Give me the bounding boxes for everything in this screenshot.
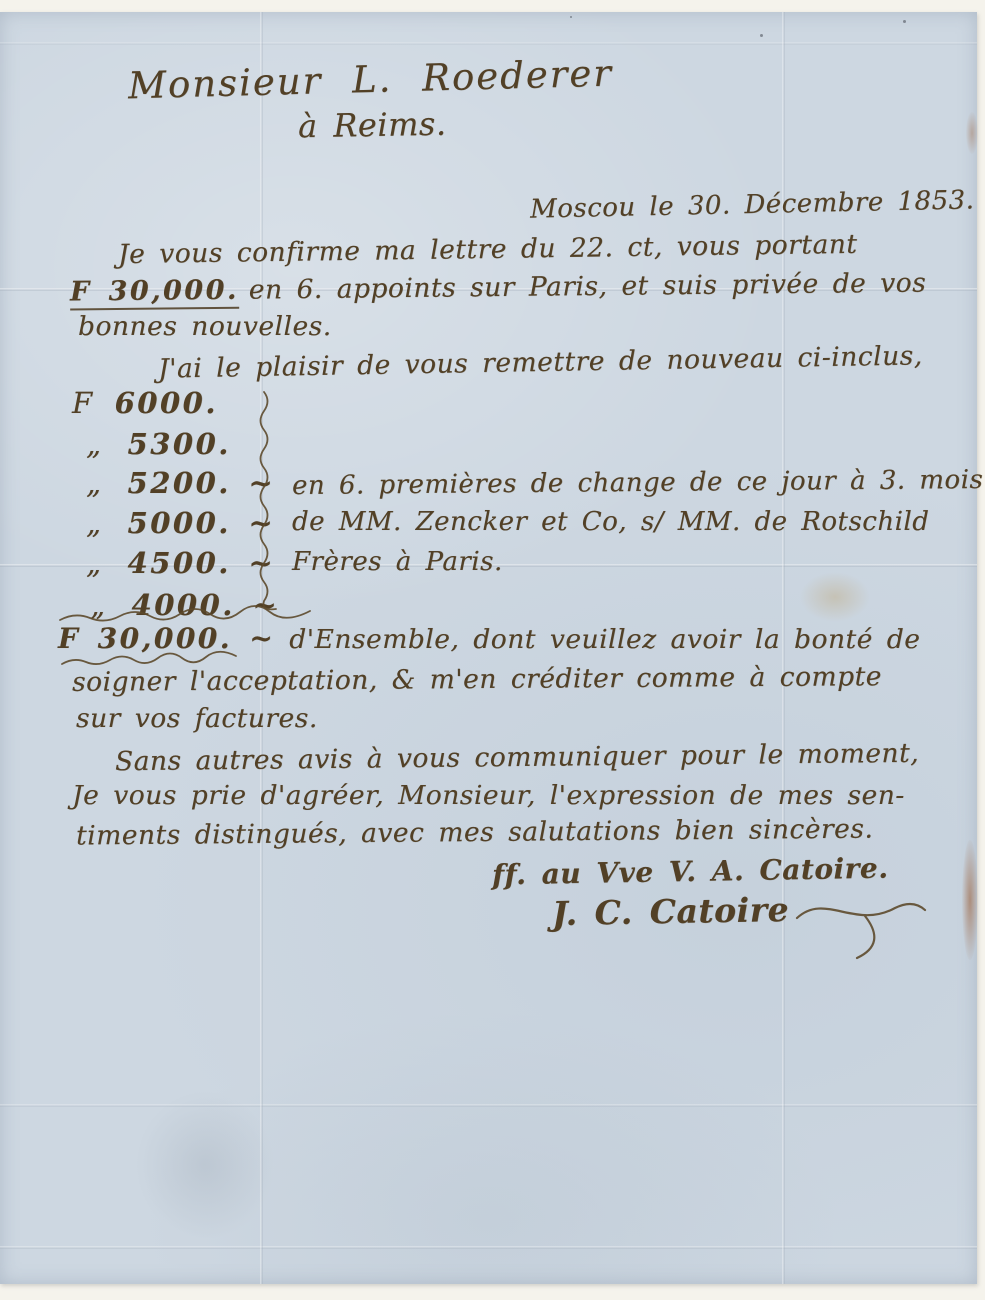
rust-stain-right-edge (962, 840, 978, 960)
amount-value: 5300. (128, 427, 231, 461)
paper-speck (570, 16, 572, 18)
paper-speck (903, 20, 906, 23)
amount-prefix: „ (86, 506, 102, 540)
recipient-name: Monsieur L. Roederer (128, 52, 614, 108)
dateline: Moscou le 30. Décembre 1853. (530, 185, 975, 224)
confirmed-amount: F 30,000. (70, 275, 239, 311)
fold-crease-horizontal (0, 1246, 977, 1249)
amount-prefix: „ (86, 427, 102, 461)
bills-description-line3: Frères à Paris. (292, 547, 503, 577)
rust-stain-right-edge (966, 112, 978, 154)
paragraph1-line2-rest: en 6. appoints sur Paris, et suis privée… (249, 268, 927, 306)
amount-list-brace (246, 390, 280, 622)
fold-crease-horizontal (0, 1104, 977, 1107)
closing-line3: timents distingués, avec mes salutations… (76, 814, 874, 852)
amount-row: F6000. (72, 386, 218, 420)
total-line: F 30,000. ~d'Ensemble, dont veuillez avo… (58, 622, 920, 655)
signature-name: J. C. Catoire (552, 890, 790, 933)
acceptance-line1: soigner l'acceptation, & m'en créditer c… (72, 661, 882, 698)
closing-line1: Sans autres avis à vous communiquer pour… (115, 738, 919, 777)
amount-value: 6000. (115, 386, 218, 420)
paragraph2-line1: J'ai le plaisir de vous remettre de nouv… (158, 340, 923, 384)
total-amount: F 30,000. ~ (58, 622, 275, 655)
bills-description-line2: de MM. Zencker et Co, s/ MM. de Rotschil… (292, 507, 929, 537)
amount-prefix: „ (86, 466, 102, 500)
foxing-stain (800, 572, 870, 622)
amount-prefix: „ (86, 546, 102, 580)
signature-flourish (795, 890, 935, 960)
amount-row: „5300. (86, 427, 231, 461)
paragraph1-line2: F 30,000.en 6. appoints sur Paris, et su… (70, 268, 927, 311)
amount-prefix: F (72, 386, 93, 420)
scanned-letter: Monsieur L. Roederer à Reims. Moscou le … (0, 0, 985, 1300)
bills-description-line1: en 6. premières de change de ce jour à 3… (292, 465, 984, 501)
recipient-place: à Reims. (298, 105, 447, 146)
smudge-stain (135, 1090, 275, 1240)
paragraph1-line1: Je vous confirme ma lettre du 22. ct, vo… (118, 229, 858, 270)
fold-crease-horizontal (0, 42, 977, 45)
closing-line2: Je vous prie d'agréer, Monsieur, l'expre… (72, 780, 905, 811)
paragraph1-line3: bonnes nouvelles. (78, 311, 332, 342)
letter-paper: Monsieur L. Roederer à Reims. Moscou le … (0, 12, 977, 1284)
paper-speck (760, 34, 763, 37)
acceptance-line2: sur vos factures. (76, 703, 318, 734)
total-text: d'Ensemble, dont veuillez avoir la bonté… (289, 624, 920, 655)
signature-firm: ff. au Vve V. A. Catoire. (492, 852, 889, 892)
